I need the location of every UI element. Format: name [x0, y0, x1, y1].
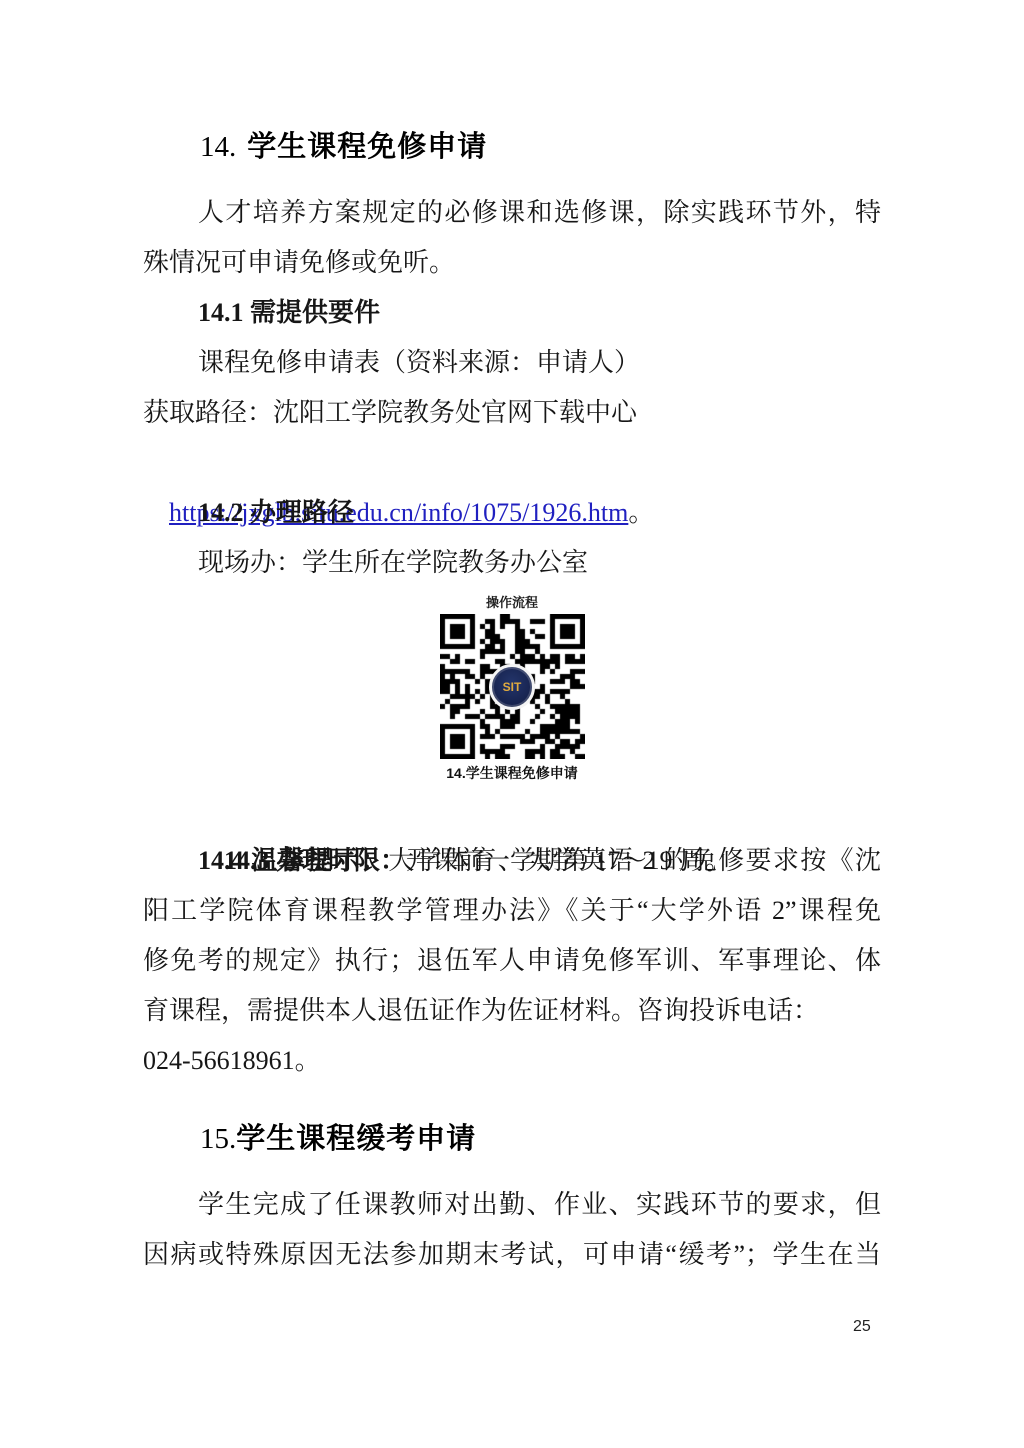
paragraph-line: 育课程，需提供本人退伍证作为佐证材料。咨询投诉电话：	[143, 986, 881, 1036]
section-14-1-heading: 14.1 需提供要件	[143, 288, 881, 338]
section-14-4-text: 大学体育、大学英语 2 的免修要求按《沈	[388, 846, 881, 875]
section-15-heading: 15.学生课程缓考申请	[200, 1122, 881, 1156]
page-number: 25	[853, 1318, 871, 1336]
section-14-intro: 人才培养方案规定的必修课和选修课，除实践环节外，特 殊情况可申请免修或免听。	[143, 188, 881, 288]
link-line: https://jxglb.situ.edu.cn/info/1075/1926…	[143, 438, 881, 488]
section-15-number: 15.	[200, 1123, 236, 1155]
document-page: 14.学生课程免修申请 人才培养方案规定的必修课和选修课，除实践环节外，特 殊情…	[143, 0, 881, 1280]
sit-logo-icon: SIT	[489, 664, 535, 710]
paragraph-line: 获取路径：沈阳工学院教务处官网下载中心	[143, 388, 881, 438]
section-14-4-label: 14.4 温馨提示：	[198, 846, 388, 875]
paragraph-line: 学生完成了任课教师对出勤、作业、实践环节的要求，但	[143, 1180, 881, 1230]
section-14-heading: 14.学生课程免修申请	[200, 130, 881, 164]
section-14-title: 学生课程免修申请	[247, 131, 487, 163]
paragraph-line: 现场办：学生所在学院教务办公室	[143, 538, 881, 588]
qr-figure: 操作流程 SIT 14.学生课程免修申请	[143, 594, 881, 783]
section-14-number: 14.	[200, 131, 236, 163]
phone-line: 024-56618961。	[143, 1036, 881, 1086]
link-period: 。	[628, 498, 654, 527]
paragraph-line: 修免考的规定》执行；退伍军人申请免修军训、军事理论、体	[143, 936, 881, 986]
qr-logo-text: SIT	[503, 680, 522, 694]
paragraph-line: 人才培养方案规定的必修课和选修课，除实践环节外，特	[143, 188, 881, 238]
section-14-3-line: 14.3 办理时限：开课前一学期第 17～19 周。	[143, 786, 881, 836]
paragraph-line: 因病或特殊原因无法参加期末考试，可申请“缓考”；学生在当	[143, 1230, 881, 1280]
paragraph-line: 殊情况可申请免修或免听。	[143, 238, 881, 288]
section-14-4-line: 14.4 温馨提示：大学体育、大学英语 2 的免修要求按《沈	[143, 836, 881, 886]
qr-caption: 14.学生课程免修申请	[143, 763, 881, 783]
paragraph-line: 课程免修申请表（资料来源：申请人）	[143, 338, 881, 388]
paragraph-line: 阳工学院体育课程教学管理办法》《关于“大学外语 2”课程免	[143, 886, 881, 936]
section-15-title: 学生课程缓考申请	[236, 1123, 476, 1155]
section-15-intro: 学生完成了任课教师对出勤、作业、实践环节的要求，但 因病或特殊原因无法参加期末考…	[143, 1180, 881, 1280]
qr-code: SIT	[440, 614, 585, 759]
qr-title-label: 操作流程	[143, 594, 881, 612]
